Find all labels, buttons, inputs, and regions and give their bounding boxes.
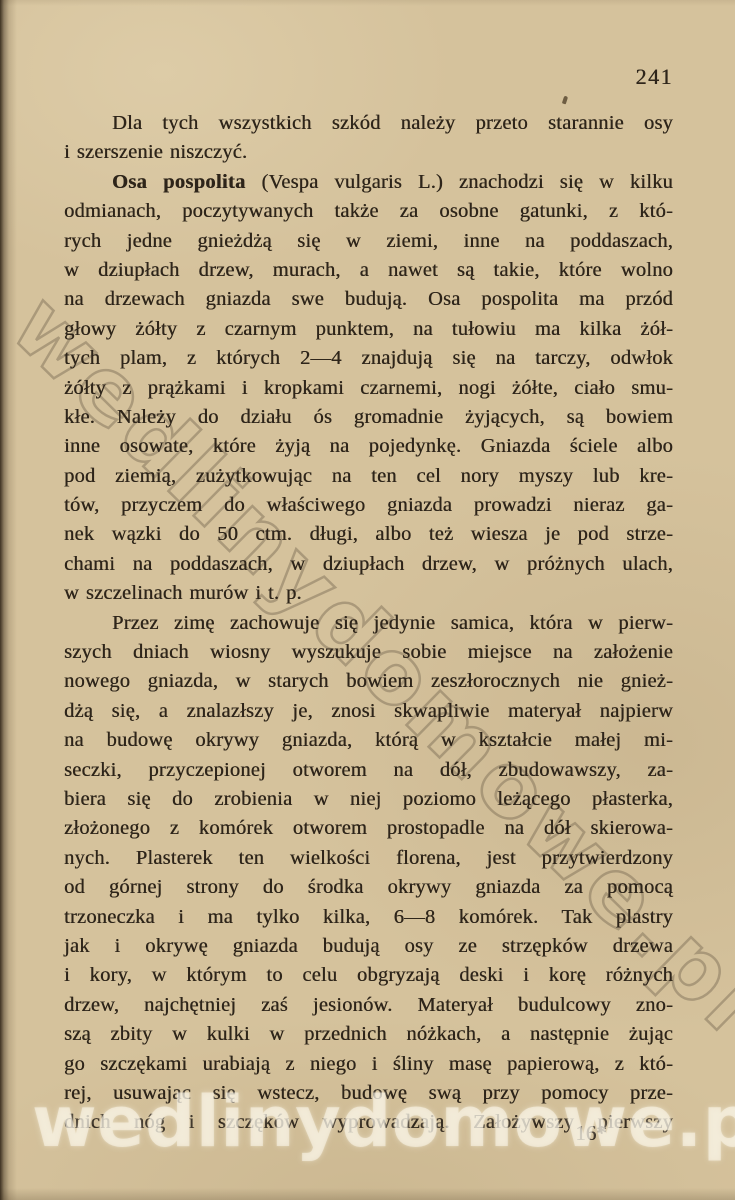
text-line: tych plam, z których 2—4 znajdują się na… bbox=[64, 344, 673, 373]
text-line: od górnej strony do środka okrywy gniazd… bbox=[64, 873, 673, 902]
text-line: Osa pospolita (Vespa vulgaris L.) znacho… bbox=[64, 168, 673, 197]
line-text: (Vespa vulgaris L.) znachodzi się w kilk… bbox=[246, 171, 673, 193]
signature-mark: 16* bbox=[556, 1121, 626, 1146]
text-line: biera się do zrobienia w niej poziomo le… bbox=[64, 785, 673, 814]
text-line: kłe. Należy do działu ós gromadnie żyjąc… bbox=[64, 403, 673, 432]
line-text: go szczękami urabiają z niego i śliny ma… bbox=[64, 1053, 673, 1075]
line-text: od górnej strony do środka okrywy gniazd… bbox=[64, 876, 673, 898]
text-line: jak i okrywę gniazda budują osy ze strzę… bbox=[64, 932, 673, 961]
text-line: szych dniach wiosny wyszukuje sobie miej… bbox=[64, 638, 673, 667]
line-text: seczki, przyczepionej otworem na dół, zb… bbox=[64, 759, 673, 781]
line-text: żółty z prążkami i kropkami czarnemi, no… bbox=[64, 377, 673, 399]
line-text: szą zbity w kulki w przednich nóżkach, a… bbox=[64, 1023, 673, 1045]
text-line: Dla tych wszystkich szkód należy przeto … bbox=[64, 109, 673, 138]
text-line: nych. Plasterek ten wielkości florena, j… bbox=[64, 844, 673, 873]
text-line: głowy żółty z czarnym punktem, na tułowi… bbox=[64, 315, 673, 344]
line-text: i kory, w którym to celu obgryzają deski… bbox=[64, 964, 673, 986]
text-line: chami na poddaszach, w dziupłach drzew, … bbox=[64, 550, 673, 579]
line-text: Dla tych wszystkich szkód należy przeto … bbox=[112, 112, 673, 134]
text-line: na drzewach gniazda swe budują. Osa posp… bbox=[64, 285, 673, 314]
bold-lead-text: Osa pospolita bbox=[112, 171, 246, 193]
line-text: pod ziemią, zużytkowując na ten cel nory… bbox=[64, 465, 673, 487]
line-text: nych. Plasterek ten wielkości florena, j… bbox=[64, 847, 673, 869]
line-text: kłe. Należy do działu ós gromadnie żyjąc… bbox=[64, 406, 673, 428]
text-line: rych jedne gnieżdżą się w ziemi, inne na… bbox=[64, 227, 673, 256]
text-line: na budowę okrywy gniazda, którą w kształ… bbox=[64, 726, 673, 755]
line-text: szych dniach wiosny wyszukuje sobie miej… bbox=[64, 641, 673, 663]
text-line: inne osowate, które żyją na pojedynkę. G… bbox=[64, 432, 673, 461]
line-text: na drzewach gniazda swe budują. Osa posp… bbox=[64, 288, 673, 310]
line-text: nek wązki do 50 ctm. długi, albo też wie… bbox=[64, 523, 673, 545]
text-line: żółty z prążkami i kropkami czarnemi, no… bbox=[64, 374, 673, 403]
line-text: w dziupłach drzew, murach, a nawet są ta… bbox=[64, 259, 673, 281]
line-text: jak i okrywę gniazda budują osy ze strzę… bbox=[64, 935, 673, 957]
text-line: rej, usuwając się wstecz, budowę swą prz… bbox=[64, 1079, 673, 1108]
line-text: dżą się, a znalazłszy je, znosi skwapliw… bbox=[64, 700, 673, 722]
line-text: nowego gniazda, w starych bowiem zeszłor… bbox=[64, 670, 673, 692]
text-line: w szczelinach murów i t. p. bbox=[64, 579, 673, 608]
line-text: głowy żółty z czarnym punktem, na tułowi… bbox=[64, 318, 673, 340]
line-text: złożonego z komórek otworem prostopadle … bbox=[64, 817, 673, 839]
scanned-book-page: wedlinydomowe.pl 241 Dla tych wszystkich… bbox=[0, 0, 735, 1200]
text-block: Dla tych wszystkich szkód należy przeto … bbox=[64, 109, 673, 1138]
text-line: nowego gniazda, w starych bowiem zeszłor… bbox=[64, 667, 673, 696]
text-line: w dziupłach drzew, murach, a nawet są ta… bbox=[64, 256, 673, 285]
line-text: tów, przyczem do właściwego gniazda prow… bbox=[64, 494, 673, 516]
line-text: i szerszenie niszczyć. bbox=[64, 141, 247, 163]
text-line: drzew, najchętniej zaś jesionów. Materya… bbox=[64, 991, 673, 1020]
text-line: trzoneczka i ma tylko kilka, 6—8 komórek… bbox=[64, 903, 673, 932]
line-text: w szczelinach murów i t. p. bbox=[64, 582, 302, 604]
line-text: trzoneczka i ma tylko kilka, 6—8 komórek… bbox=[64, 906, 673, 928]
text-line: dżą się, a znalazłszy je, znosi skwapliw… bbox=[64, 697, 673, 726]
text-line: pod ziemią, zużytkowując na ten cel nory… bbox=[64, 462, 673, 491]
ink-speck bbox=[562, 96, 568, 105]
text-line: tów, przyczem do właściwego gniazda prow… bbox=[64, 491, 673, 520]
text-line: złożonego z komórek otworem prostopadle … bbox=[64, 814, 673, 843]
line-text: biera się do zrobienia w niej poziomo le… bbox=[64, 788, 673, 810]
line-text: rych jedne gnieżdżą się w ziemi, inne na… bbox=[64, 230, 673, 252]
text-line: szą zbity w kulki w przednich nóżkach, a… bbox=[64, 1020, 673, 1049]
line-text: Przez zimę zachowuje się jedynie samica,… bbox=[112, 612, 673, 634]
line-text: drzew, najchętniej zaś jesionów. Materya… bbox=[64, 994, 673, 1016]
text-line: go szczękami urabiają z niego i śliny ma… bbox=[64, 1050, 673, 1079]
text-line: Przez zimę zachowuje się jedynie samica,… bbox=[64, 609, 673, 638]
line-text: inne osowate, które żyją na pojedynkę. G… bbox=[64, 435, 673, 457]
line-text: rej, usuwając się wstecz, budowę swą prz… bbox=[64, 1082, 673, 1104]
text-line: nek wązki do 50 ctm. długi, albo też wie… bbox=[64, 520, 673, 549]
line-text: tych plam, z których 2—4 znajdują się na… bbox=[64, 347, 673, 369]
text-line: i kory, w którym to celu obgryzają deski… bbox=[64, 961, 673, 990]
text-line: i szerszenie niszczyć. bbox=[64, 138, 673, 167]
line-text: odmianach, poczytywanych także za osobne… bbox=[64, 200, 673, 222]
text-line: seczki, przyczepionej otworem na dół, zb… bbox=[64, 756, 673, 785]
page-number: 241 bbox=[64, 64, 673, 90]
line-text: na budowę okrywy gniazda, którą w kształ… bbox=[64, 729, 673, 751]
text-line: odmianach, poczytywanych także za osobne… bbox=[64, 197, 673, 226]
line-text: chami na poddaszach, w dziupłach drzew, … bbox=[64, 553, 673, 575]
